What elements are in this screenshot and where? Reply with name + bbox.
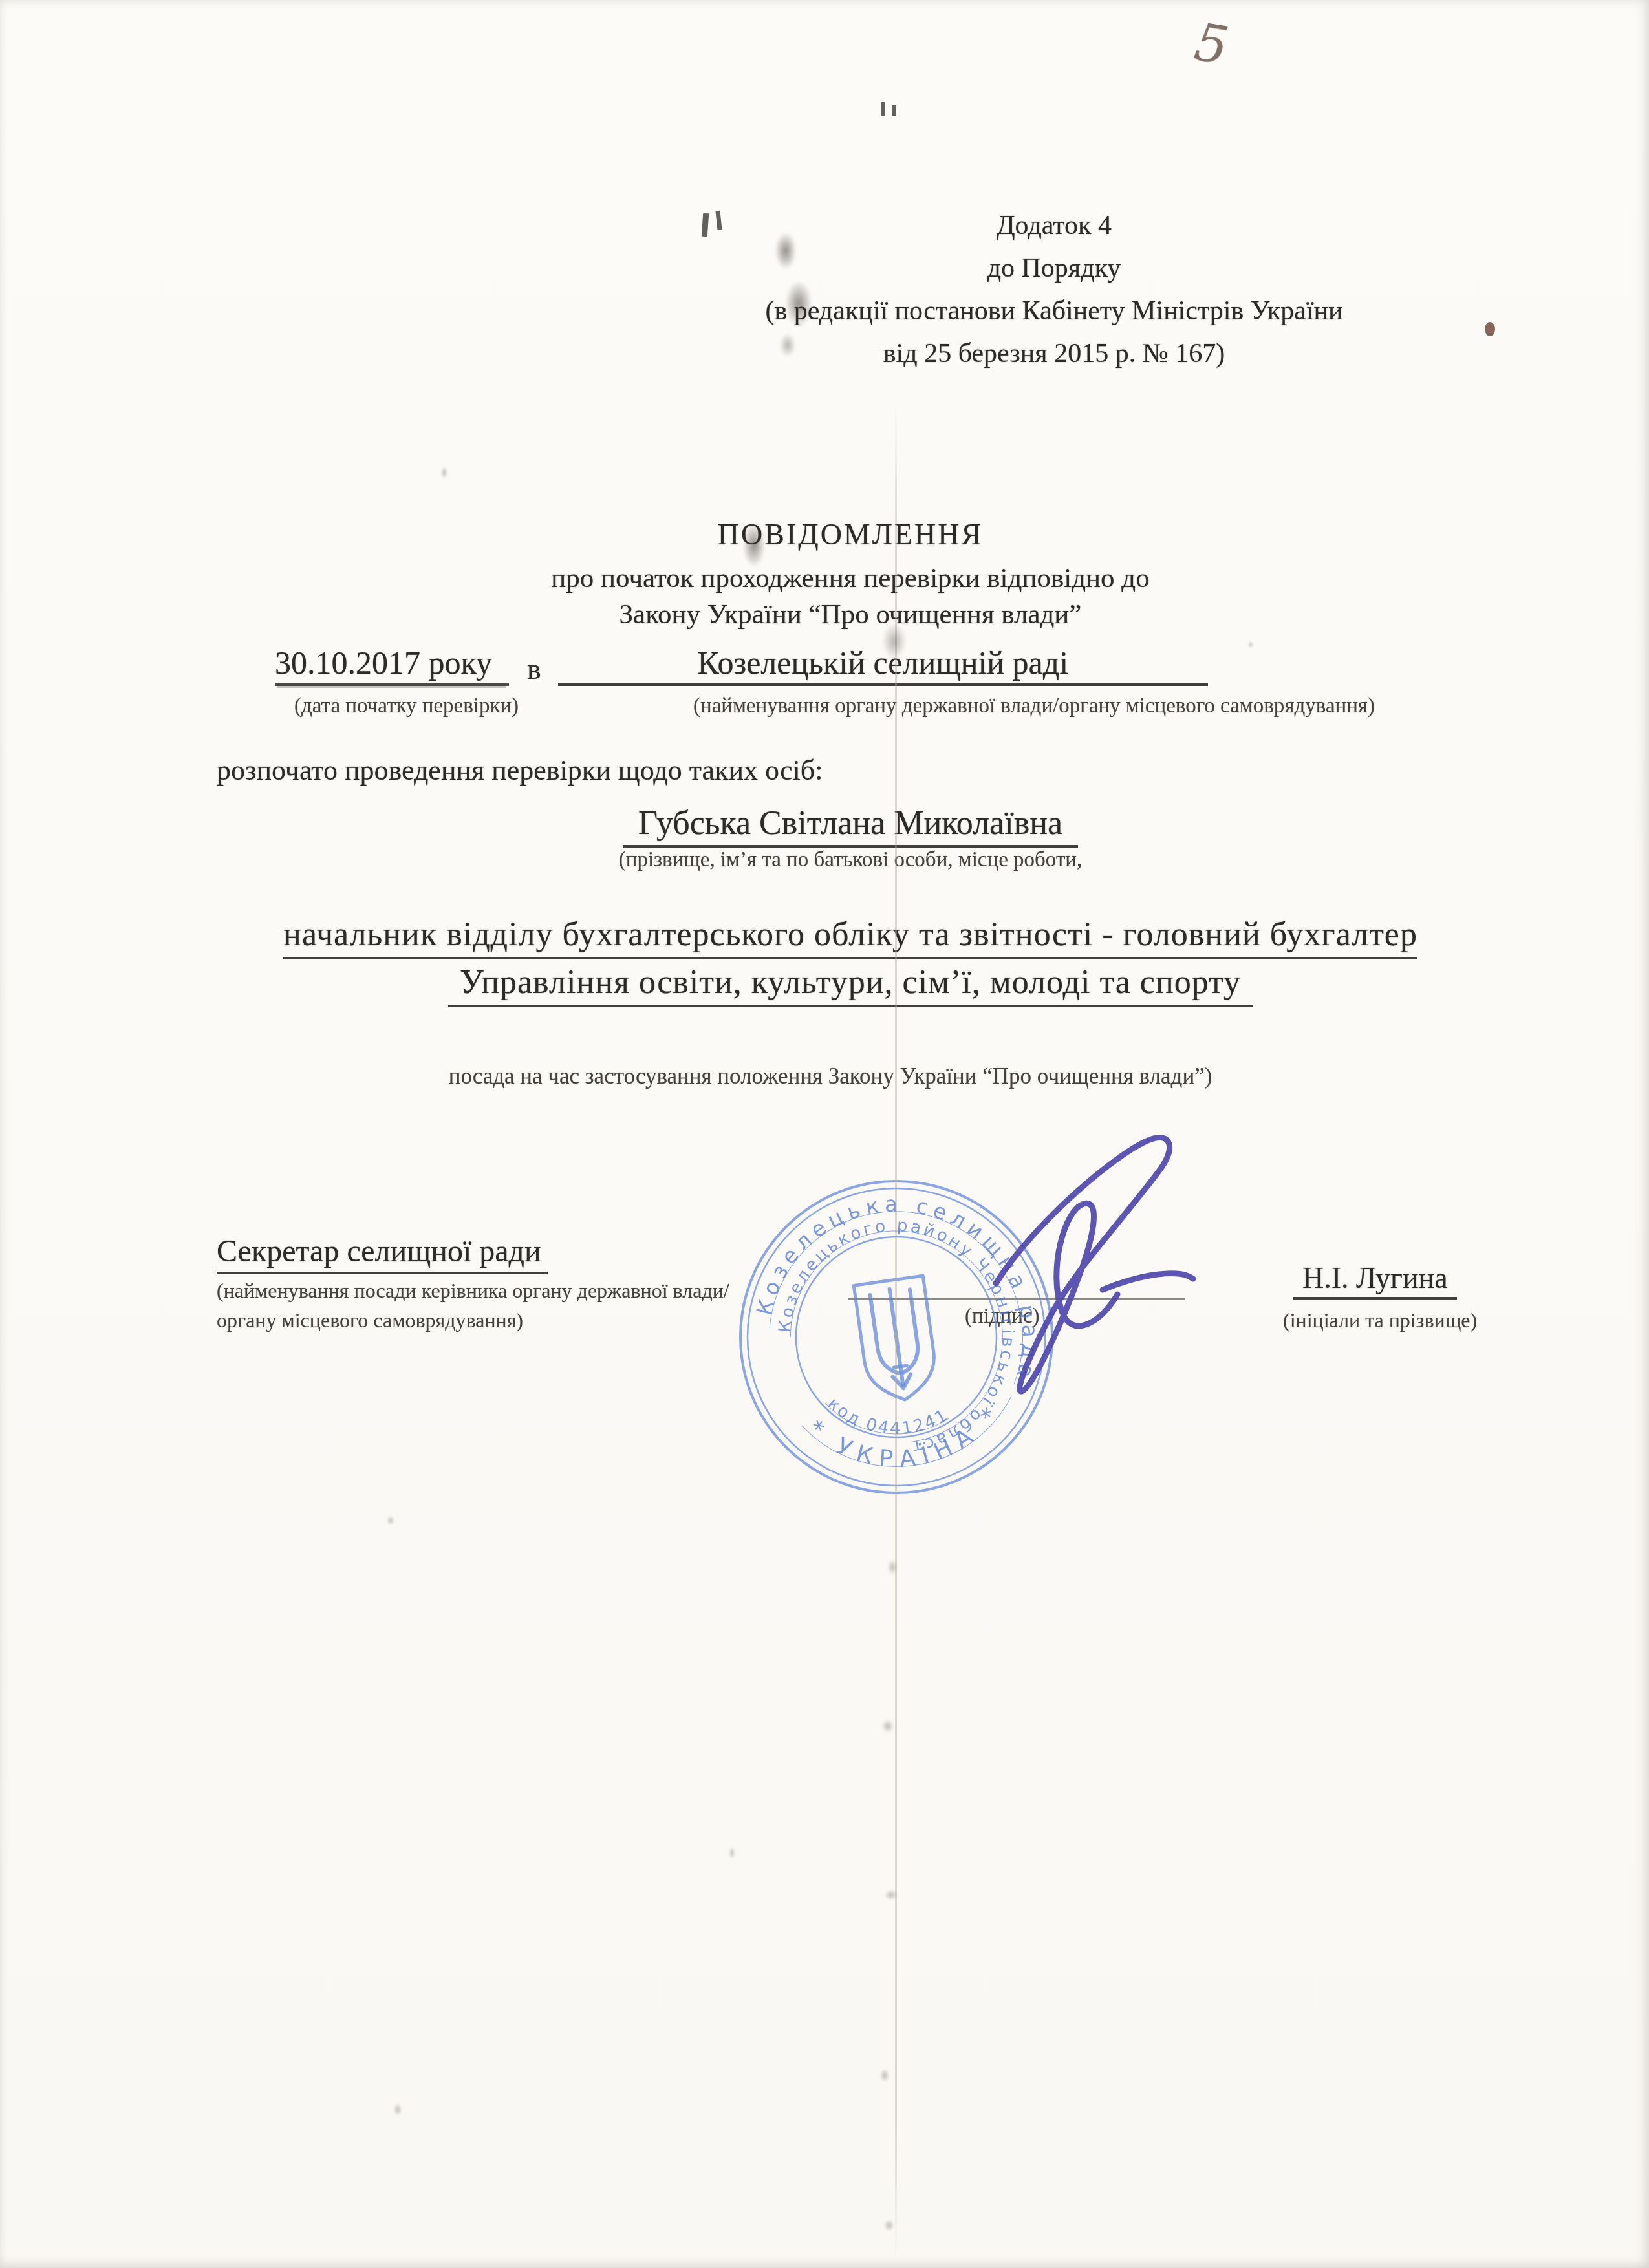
signature-stroke-main — [996, 1138, 1170, 1392]
organ-caption: (найменування органу державної влади/орг… — [693, 694, 1375, 718]
date-organ-line: 30.10.2017 року в Козелецькій селищній р… — [275, 644, 1208, 686]
position-caption: посада на час застосування положення Зак… — [352, 1064, 1309, 1089]
position-line-1: начальник відділу бухгалтерського обліку… — [283, 915, 1417, 959]
check-start-date: 30.10.2017 року — [275, 644, 509, 686]
position-line-2: Управління освіти, культури, сім’ї, моло… — [448, 963, 1253, 1007]
scan-artifact — [879, 1717, 896, 1735]
trident-icon — [854, 1276, 940, 1404]
appendix-line3: (в редакції постанови Кабінету Міністрів… — [685, 290, 1423, 332]
signer-caption-line2: органу місцевого самоврядування) — [217, 1309, 523, 1332]
signer-title-wrap: Секретар селищної ради — [217, 1234, 548, 1274]
appendix-line2: до Порядку — [685, 247, 1423, 290]
scan-artifact — [1247, 640, 1255, 649]
scan-artifact — [385, 1514, 396, 1527]
signer-title: Секретар селищної ради — [217, 1234, 548, 1274]
signer-caption-line1: (найменування посади керівника органу де… — [217, 1279, 729, 1303]
scan-artifact — [882, 2218, 896, 2233]
document-subtitle-1: про початок проходження перевірки відпов… — [372, 561, 1329, 597]
scan-artifact — [881, 102, 885, 116]
appendix-header: Додаток 4 до Порядку (в редакції постано… — [685, 204, 1423, 375]
signer-name: Н.І. Лугина — [1293, 1261, 1457, 1300]
scan-artifact — [728, 1845, 736, 1861]
person-caption: (прізвище, ім’я та по батькові особи, мі… — [372, 848, 1329, 872]
person-name-block: Губська Світлана Миколаївна — [372, 804, 1329, 848]
signature-stroke-flourish — [1103, 1274, 1193, 1290]
scan-artifact — [892, 105, 896, 116]
document-title-block: ПОВІДОМЛЕННЯ про початок проходження пер… — [372, 517, 1329, 633]
intro-sentence: розпочато проведення перевірки щодо таки… — [217, 754, 823, 787]
date-caption: (дата початку перевірки) — [294, 694, 519, 718]
appendix-line4: від 25 березня 2015 р. № 167) — [685, 332, 1423, 375]
handwritten-page-number: 5 — [1191, 12, 1233, 77]
document-title: ПОВІДОМЛЕННЯ — [372, 517, 1329, 551]
person-name: Губська Світлана Миколаївна — [623, 804, 1078, 848]
preposition: в — [527, 652, 541, 686]
position-line-1-wrap: начальник відділу бухгалтерського обліку… — [162, 915, 1539, 959]
scan-artifact — [878, 2066, 891, 2084]
signature-svg — [957, 1125, 1229, 1409]
scan-artifact — [392, 2101, 404, 2118]
signer-name-wrap: Н.І. Лугина — [1293, 1261, 1457, 1300]
scanned-document-page: 5 Додаток 4 до Порядку (в редакції поста… — [0, 0, 1649, 2268]
signer-name-caption: (ініціали та прізвище) — [1283, 1309, 1477, 1332]
position-line-2-wrap: Управління освіти, культури, сім’ї, моло… — [162, 963, 1539, 1007]
document-subtitle-2: Закону України “Про очищення влади” — [372, 597, 1329, 633]
appendix-line1: Додаток 4 — [685, 204, 1423, 247]
scan-artifact — [886, 1557, 899, 1578]
handwritten-signature — [957, 1125, 1229, 1409]
organ-name: Козелецькій селищній раді — [558, 644, 1208, 686]
scan-artifact — [1485, 322, 1495, 336]
scan-artifact — [440, 464, 449, 481]
scan-artifact — [882, 1888, 900, 1902]
